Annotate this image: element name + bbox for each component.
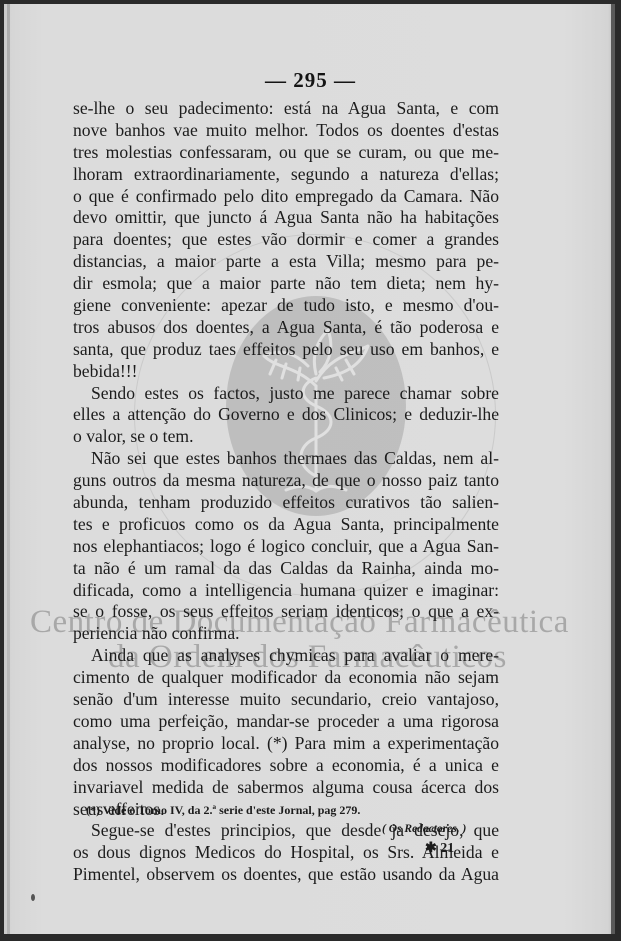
text-line: dos nossos modificadores sobre a economi… [73,755,499,777]
text-line: Pimentel, observem os doentes, que estão… [73,864,499,886]
text-line: Ainda que as analyses chymicas para aval… [73,645,499,667]
text-line: analyse, no proprio local. (*) Para mim … [73,733,499,755]
text-line: ta não é um ramal da das Caldas da Rainh… [73,558,499,580]
text-line: cimento de qualquer modificador da econo… [73,667,499,689]
body-text: se-lhe o seu padecimento: está na Agua S… [73,98,499,886]
text-line: Sendo estes os factos, justo me parece c… [73,383,499,405]
text-line: o que é confirmado pelo dito empregado d… [73,186,499,208]
text-line: invariavel medida de sabermos alguma cou… [73,777,499,799]
text-line: devo omittir, que juncto á Agua Santa nã… [73,207,499,229]
text-line: lhoram extraordinariamente, segundo a na… [73,164,499,186]
text-line: tros abusos dos doentes, a Agua Santa, é… [73,317,499,339]
footnote: (*) Vide o Tomo IV, da 2.ª serie d'este … [86,803,360,818]
text-line: guns outros da mesma natureza, de que o … [73,470,499,492]
text-line: para doentes; que estes vão dormir e com… [73,229,499,251]
signature-mark: ✱ 21 [425,840,454,857]
text-line: elles a attenção do Governo e dos Clinic… [73,404,499,426]
text-line: dir esmola; que a maior parte não tem di… [73,273,499,295]
text-line: se o fosse, os seus effeitos seriam iden… [73,601,499,623]
text-line: como uma perfeição, mandar-se proceder a… [73,711,499,733]
text-line: se-lhe o seu padecimento: está na Agua S… [73,98,499,120]
ink-spot [31,894,35,901]
text-line: distancias, a maior parte a esta Villa; … [73,251,499,273]
text-line: tres molestias confessaram, ou que se cu… [73,142,499,164]
text-line: giene conveniente: apezar de tudo isto, … [73,295,499,317]
text-line: Não sei que estes banhos thermaes das Ca… [73,448,499,470]
text-line: senão d'um interesse muito secundario, c… [73,689,499,711]
text-line: o valor, se o tem. [73,426,499,448]
text-line: tes e proficuos como os da Agua Santa, p… [73,514,499,536]
text-line: nove banhos vae muito melhor. Todos os d… [73,120,499,142]
text-line: periencia não confirma. [73,623,499,645]
page-number: — 295 — [0,68,621,93]
text-line: abunda, tenham produzido effeitos curati… [73,492,499,514]
text-line: dificada, como a intelligencia humana qu… [73,580,499,602]
text-line: nos elephantiacos; logo é logico conclui… [73,536,499,558]
text-line: bebida!!! [73,361,499,383]
text-line: santa, que produz taes effeitos pelo seu… [73,339,499,361]
footnote-credit: ( Os Redactores. ) [382,823,466,835]
